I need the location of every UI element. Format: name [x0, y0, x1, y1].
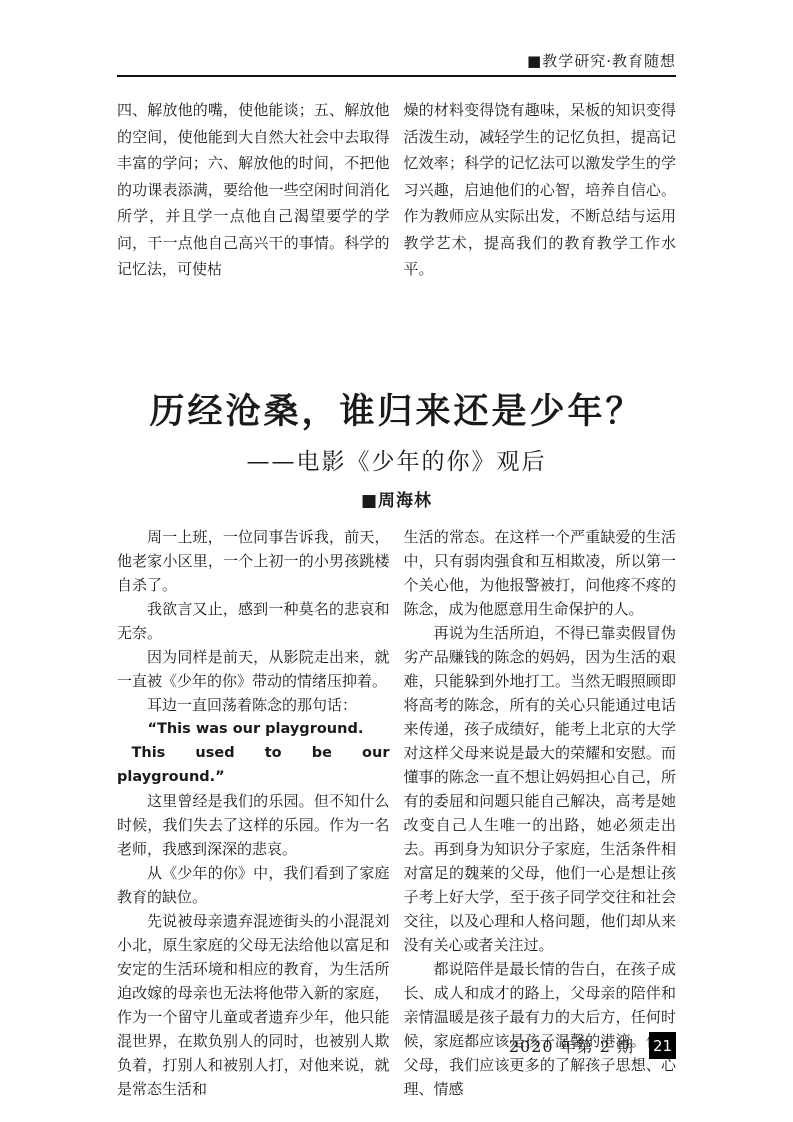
issue-label: 2020 年第 2 期	[509, 1034, 634, 1057]
previous-article-columns: 四、解放他的嘴，使他能谈；五、解放他的空间，使他能到大自然大社会中去取得丰富的学…	[117, 97, 676, 283]
article-author: ■周海林	[117, 486, 676, 511]
page-content: ■教学研究·教育随想 四、解放他的嘴，使他能谈；五、解放他的空间，使他能到大自然…	[117, 0, 676, 1122]
paragraph: 先说被母亲遗弃混迹街头的小混混刘小北，原生家庭的父母无法给他以富足和安定的生活环…	[117, 909, 390, 1101]
paragraph: 周一上班，一位同事告诉我，前天，他老家小区里，一个上初一的小男孩跳楼自杀了。	[117, 525, 390, 597]
paragraph: “This was our playground.	[117, 717, 390, 741]
paragraph: 我欲言又止，感到一种莫名的悲哀和无奈。	[117, 597, 390, 645]
article-title: 历经沧桑，谁归来还是少年？	[117, 389, 676, 435]
page-header: ■教学研究·教育随想	[117, 0, 676, 77]
article-subtitle: ——电影《少年的你》观后	[117, 447, 676, 477]
paragraph: 生活的常态。在这样一个严重缺爱的生活中，只有弱肉强食和互相欺凌，所以第一个关心他…	[404, 525, 677, 621]
paragraph: 因为同样是前天，从影院走出来，就一直被《少年的你》带动的情绪压抑着。	[117, 645, 390, 693]
article-heading: 历经沧桑，谁归来还是少年？ ——电影《少年的你》观后 ■周海林	[117, 389, 676, 511]
page-number-badge: 21	[649, 1032, 676, 1059]
journal-page: { "header": { "section_label": "■教学研究·教育…	[0, 0, 793, 1122]
paragraph: 耳边一直回荡着陈念的那句话：	[117, 693, 390, 717]
previous-article-right-column: 燥的材料变得饶有趣味，呆板的知识变得活泼生动，减轻学生的记忆负担，提高记忆效率；…	[404, 97, 677, 283]
paragraph: 再说为生活所迫，不得已靠卖假冒伪劣产品赚钱的陈念的妈妈，因为生活的艰难，只能躲到…	[404, 621, 677, 957]
paragraph: 都说陪伴是最长情的告白，在孩子成长、成人和成才的路上，父母亲的陪伴和亲情温暖是孩…	[404, 957, 677, 1101]
article-body-left-column: 周一上班，一位同事告诉我，前天，他老家小区里，一个上初一的小男孩跳楼自杀了。我欲…	[117, 525, 390, 1101]
paragraph: 这里曾经是我们的乐园。但不知什么时候，我们失去了这样的乐园。作为一名老师，我感到…	[117, 789, 390, 861]
article-body-right-column: 生活的常态。在这样一个严重缺爱的生活中，只有弱肉强食和互相欺凌，所以第一个关心他…	[404, 525, 677, 1101]
page-footer: 2020 年第 2 期 21	[509, 1032, 676, 1059]
previous-article-left-column: 四、解放他的嘴，使他能谈；五、解放他的空间，使他能到大自然大社会中去取得丰富的学…	[117, 97, 390, 283]
section-label: ■教学研究·教育随想	[527, 52, 676, 70]
paragraph: 从《少年的你》中，我们看到了家庭教育的缺位。	[117, 861, 390, 909]
article-body-columns: 周一上班，一位同事告诉我，前天，他老家小区里，一个上初一的小男孩跳楼自杀了。我欲…	[117, 525, 676, 1101]
paragraph: This used to be our playground.”	[117, 741, 390, 789]
